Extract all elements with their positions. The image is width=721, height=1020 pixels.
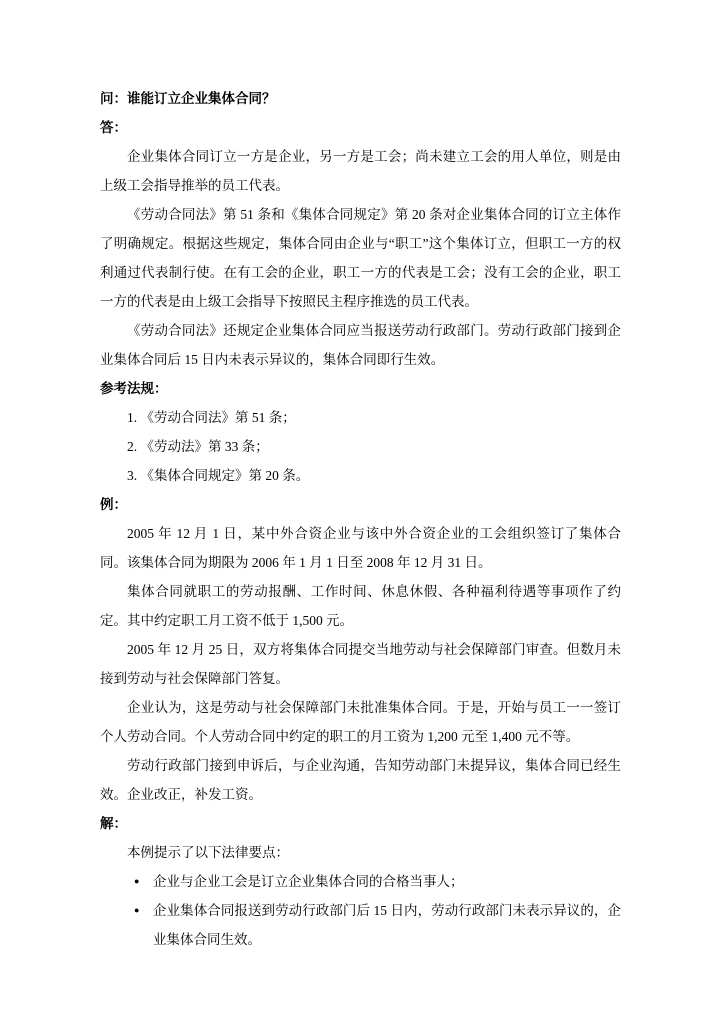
reference-item: 3. 《集体合同规定》第 20 条。 xyxy=(127,461,621,490)
example-paragraph: 集体合同就职工的劳动报酬、工作时间、休息休假、各种福利待遇等事项作了约定。其中约… xyxy=(100,577,621,635)
reference-heading: 参考法规： xyxy=(100,374,621,403)
bullet-text: 企业集体合同报送到劳动行政部门后 15 日内，劳动行政部门未表示异议的，企业集体… xyxy=(153,903,621,947)
reference-item: 1. 《劳动合同法》第 51 条； xyxy=(127,403,621,432)
example-paragraph: 企业认为，这是劳动与社会保障部门未批准集体合同。于是，开始与员工一一签订个人劳动… xyxy=(100,693,621,751)
question-line: 问：谁能订立企业集体合同？ xyxy=(100,84,621,113)
bullet-point: ● 企业集体合同报送到劳动行政部门后 15 日内，劳动行政部门未表示异议的，企业… xyxy=(100,896,621,954)
bullet-icon: ● xyxy=(134,896,139,925)
example-heading: 例： xyxy=(100,490,621,519)
bullet-text: 企业与企业工会是订立企业集体合同的合格当事人； xyxy=(153,874,464,889)
bullet-icon: ● xyxy=(134,867,139,896)
answer-paragraph: 《劳动合同法》第 51 条和《集体合同规定》第 20 条对企业集体合同的订立主体… xyxy=(100,200,621,316)
reference-item: 2. 《劳动法》第 33 条； xyxy=(127,432,621,461)
bullet-point: ● 企业与企业工会是订立企业集体合同的合格当事人； xyxy=(100,867,621,896)
solution-intro: 本例提示了以下法律要点： xyxy=(100,838,621,867)
answer-paragraph: 《劳动合同法》还规定企业集体合同应当报送劳动行政部门。劳动行政部门接到企业集体合… xyxy=(100,316,621,374)
example-paragraph: 2005 年 12 月 1 日，某中外合资企业与该中外合资企业的工会组织签订了集… xyxy=(100,519,621,577)
example-paragraph: 劳动行政部门接到申诉后，与企业沟通，告知劳动部门未提异议，集体合同已经生效。企业… xyxy=(100,751,621,809)
document-content: 问：谁能订立企业集体合同？ 答： 企业集体合同订立一方是企业，另一方是工会；尚未… xyxy=(100,84,621,954)
example-paragraph: 2005 年 12 月 25 日，双方将集体合同提交当地劳动与社会保障部门审查。… xyxy=(100,635,621,693)
document-page: 问：谁能订立企业集体合同？ 答： 企业集体合同订立一方是企业，另一方是工会；尚未… xyxy=(0,0,721,1020)
answer-label: 答： xyxy=(100,113,621,142)
answer-paragraph: 企业集体合同订立一方是企业，另一方是工会；尚未建立工会的用人单位，则是由上级工会… xyxy=(100,142,621,200)
solution-heading: 解： xyxy=(100,809,621,838)
